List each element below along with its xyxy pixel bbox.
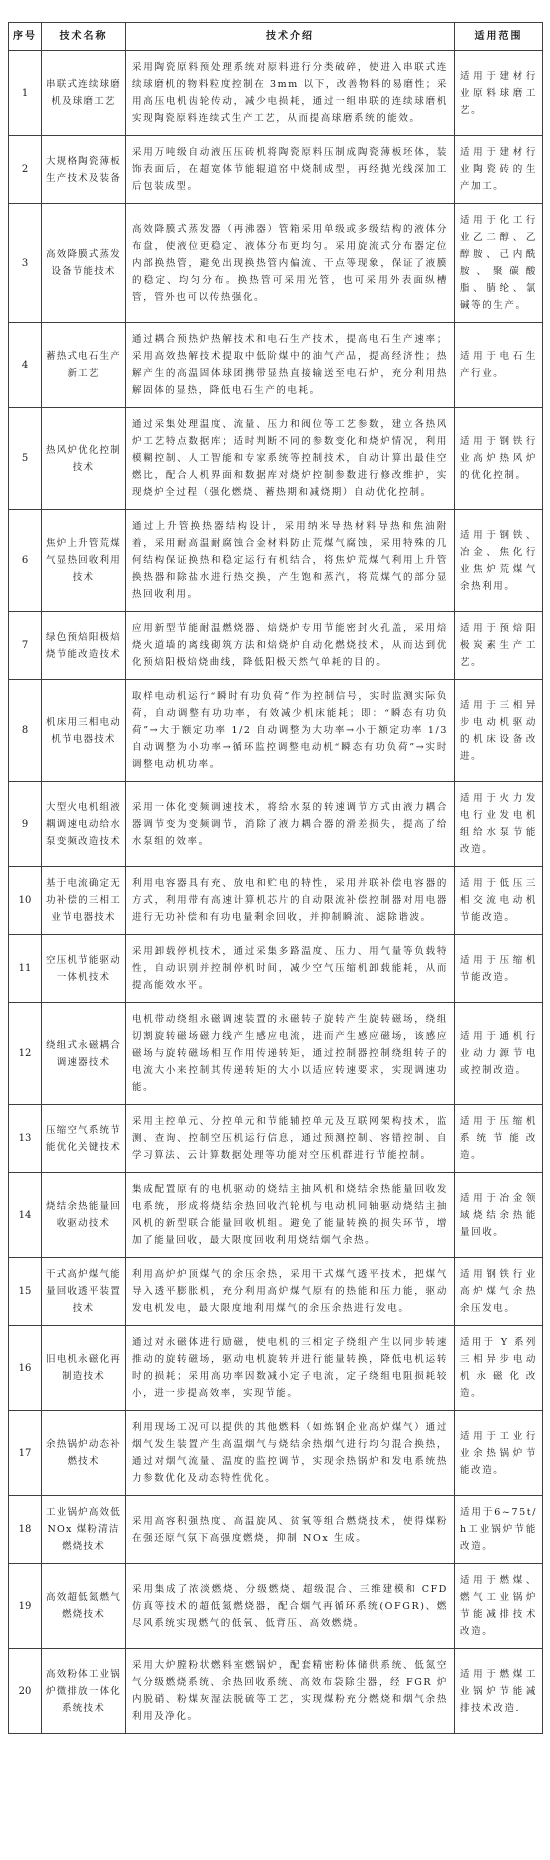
scope-cell: 适用于冶金领域烧结余热能量回收。	[455, 1173, 543, 1258]
serial-cell: 4	[9, 323, 42, 408]
tech-name-cell: 压缩空气系统节能优化关键技术	[42, 1105, 126, 1173]
table-row: 9 大型火电机组液耦调速电动给水泵变频改造技术 采用一体化变频调速技术，将给水泵…	[9, 782, 543, 867]
scope-cell: 适用于化工行业乙二醇、乙醇胺、己内酰胺、聚碳酸脂、腈纶、氯碱等的生产。	[455, 204, 543, 323]
tech-intro-cell: 利用电容器具有充、放电和贮电的特性，采用并联补偿电容器的方式，利用带有高速计算机…	[126, 867, 455, 935]
scope-cell: 适用钢铁行业高炉煤气余热余压发电。	[455, 1258, 543, 1326]
tech-intro-cell: 采用万吨级自动液压压砖机将陶瓷原料压制成陶瓷薄板坯体，装饰表面后，在超宽体节能辊…	[126, 136, 455, 204]
header-tech-intro: 技术介绍	[126, 23, 455, 51]
table-row: 5 热风炉优化控制技术 通过采集处理温度、流量、压力和阀位等工艺参数，建立各热风…	[9, 408, 543, 510]
serial-cell: 9	[9, 782, 42, 867]
tech-intro-cell: 高效降膜式蒸发器（再沸器）管箱采用单级或多级结构的液体分布盘，使液位更稳定、液体…	[126, 204, 455, 323]
technology-table: 序号 技术名称 技术介绍 适用范围 1 串联式连续球磨机及球磨工艺 采用陶瓷原料…	[8, 22, 543, 1734]
table-row: 13 压缩空气系统节能优化关键技术 采用主控单元、分控单元和节能辅控单元及互联网…	[9, 1105, 543, 1173]
tech-name-cell: 大规格陶瓷薄板生产技术及装备	[42, 136, 126, 204]
serial-cell: 17	[9, 1411, 42, 1496]
table-row: 2 大规格陶瓷薄板生产技术及装备 采用万吨级自动液压压砖机将陶瓷原料压制成陶瓷薄…	[9, 136, 543, 204]
tech-intro-cell: 取样电动机运行“瞬时有功负荷”作为控制信号，实时监测实际负荷，自动调整有功功率，…	[126, 680, 455, 782]
header-row: 序号 技术名称 技术介绍 适用范围	[9, 23, 543, 51]
tech-intro-cell: 采用主控单元、分控单元和节能辅控单元及互联网架构技术，监测、查询、控制空压机运行…	[126, 1105, 455, 1173]
table-row: 11 空压机节能驱动一体机技术 采用卸载停机技术，通过采集多路温度、压力、用气量…	[9, 935, 543, 1003]
tech-intro-cell: 通过对永磁体进行励磁，使电机的三相定子绕组产生以同步转速推动的旋转磁场，驱动电机…	[126, 1326, 455, 1411]
scope-cell: 适用于钢铁行业高炉热风炉的优化控制。	[455, 408, 543, 510]
tech-name-cell: 基于电流确定无功补偿的三相工业节电器技术	[42, 867, 126, 935]
scope-cell: 适用于压缩机系统节能改造。	[455, 1105, 543, 1173]
tech-name-cell: 蓄热式电石生产新工艺	[42, 323, 126, 408]
serial-cell: 6	[9, 510, 42, 612]
tech-name-cell: 串联式连续球磨机及球磨工艺	[42, 51, 126, 136]
tech-name-cell: 大型火电机组液耦调速电动给水泵变频改造技术	[42, 782, 126, 867]
scope-cell: 适用于通机行业动力源节电或控制改造。	[455, 1003, 543, 1105]
serial-cell: 10	[9, 867, 42, 935]
serial-cell: 16	[9, 1326, 42, 1411]
scope-cell: 适用于电石生产行业。	[455, 323, 543, 408]
tech-intro-cell: 利用现场工况可以提供的其他燃料（如炼钢企业高炉煤气）通过烟气发生装置产生高温烟气…	[126, 1411, 455, 1496]
tech-intro-cell: 应用新型节能耐温燃烧器、焙烧炉专用节能密封火孔盖，采用焙烧火道墙的离线砌筑方法和…	[126, 612, 455, 680]
scope-cell: 适用于6~75t/h工业锅炉节能改造。	[455, 1496, 543, 1564]
scope-cell: 适用于燃煤工业锅炉节能减排技术改造.	[455, 1649, 543, 1734]
serial-cell: 14	[9, 1173, 42, 1258]
scope-cell: 适用于低压三相交流电动机节能改造。	[455, 867, 543, 935]
serial-cell: 2	[9, 136, 42, 204]
scope-cell: 适用于钢铁、冶金、焦化行业焦炉荒煤气余热利用。	[455, 510, 543, 612]
table-row: 7 绿色预焙阳极焙烧节能改造技术 应用新型节能耐温燃烧器、焙烧炉专用节能密封火孔…	[9, 612, 543, 680]
table-row: 20 高效粉体工业锅炉微排放一体化系统技术 采用大炉膛粉状燃料室燃锅炉，配套精密…	[9, 1649, 543, 1734]
table-row: 8 机床用三相电动机节电器技术 取样电动机运行“瞬时有功负荷”作为控制信号，实时…	[9, 680, 543, 782]
serial-cell: 11	[9, 935, 42, 1003]
table-row: 18 工业锅炉高效低 NOx 煤粉清洁燃烧技术 采用高容积强热度、高温旋风、贫氧…	[9, 1496, 543, 1564]
serial-cell: 5	[9, 408, 42, 510]
serial-cell: 13	[9, 1105, 42, 1173]
scope-cell: 适用于 Y 系列三相异步电动机永磁化改造。	[455, 1326, 543, 1411]
serial-cell: 18	[9, 1496, 42, 1564]
table-row: 19 高效超低氮燃气燃烧技术 采用集成了浓淡燃烧、分级燃烧、超级混合、三维建模和…	[9, 1564, 543, 1649]
table-row: 4 蓄热式电石生产新工艺 通过耦合预热炉热解技术和电石生产技术，提高电石生产速率…	[9, 323, 543, 408]
tech-name-cell: 余热锅炉动态补燃技术	[42, 1411, 126, 1496]
table-row: 3 高效降膜式蒸发设备节能技术 高效降膜式蒸发器（再沸器）管箱采用单级或多级结构…	[9, 204, 543, 323]
scope-cell: 适用于建材行业原料球磨工艺。	[455, 51, 543, 136]
header-serial: 序号	[9, 23, 42, 51]
document-page: 序号 技术名称 技术介绍 适用范围 1 串联式连续球磨机及球磨工艺 采用陶瓷原料…	[0, 0, 550, 1860]
tech-name-cell: 干式高炉煤气能量回收透平装置技术	[42, 1258, 126, 1326]
scope-cell: 适用于建材行业陶瓷砖的生产加工。	[455, 136, 543, 204]
tech-name-cell: 空压机节能驱动一体机技术	[42, 935, 126, 1003]
tech-intro-cell: 采用一体化变频调速技术，将给水泵的转速调节方式由液力耦合器调节变为变频调节，消除…	[126, 782, 455, 867]
scope-cell: 适用于预焙阳极炭素生产工艺。	[455, 612, 543, 680]
serial-cell: 1	[9, 51, 42, 136]
table-row: 1 串联式连续球磨机及球磨工艺 采用陶瓷原料预处理系统对原料进行分类破碎，使进入…	[9, 51, 543, 136]
tech-intro-cell: 通过上升管换热器结构设计，采用纳米导热材料导热和焦油附着，采用耐高温耐腐蚀合金材…	[126, 510, 455, 612]
tech-name-cell: 烧结余热能量回收驱动技术	[42, 1173, 126, 1258]
tech-intro-cell: 电机带动绕组永磁调速装置的永磁转子旋转产生旋转磁场，绕组切割旋转磁场磁力线产生感…	[126, 1003, 455, 1105]
scope-cell: 适用于三相异步电动机驱动的机床设备改进。	[455, 680, 543, 782]
tech-name-cell: 机床用三相电动机节电器技术	[42, 680, 126, 782]
tech-intro-cell: 采用高容积强热度、高温旋风、贫氧等组合燃烧技术，使得煤粉在强还原气氛下高强度燃烧…	[126, 1496, 455, 1564]
tech-name-cell: 绿色预焙阳极焙烧节能改造技术	[42, 612, 126, 680]
table-row: 15 干式高炉煤气能量回收透平装置技术 利用高炉炉顶煤气的余压余热，采用干式煤气…	[9, 1258, 543, 1326]
table-row: 14 烧结余热能量回收驱动技术 集成配置原有的电机驱动的烧结主抽风机和烧结余热能…	[9, 1173, 543, 1258]
tech-name-cell: 热风炉优化控制技术	[42, 408, 126, 510]
tech-name-cell: 工业锅炉高效低 NOx 煤粉清洁燃烧技术	[42, 1496, 126, 1564]
header-scope: 适用范围	[455, 23, 543, 51]
serial-cell: 3	[9, 204, 42, 323]
tech-name-cell: 高效超低氮燃气燃烧技术	[42, 1564, 126, 1649]
serial-cell: 8	[9, 680, 42, 782]
scope-cell: 适用于压缩机节能改造。	[455, 935, 543, 1003]
serial-cell: 7	[9, 612, 42, 680]
serial-cell: 12	[9, 1003, 42, 1105]
tech-intro-cell: 采用陶瓷原料预处理系统对原料进行分类破碎，使进入串联式连续球磨机的物料粒度控制在…	[126, 51, 455, 136]
tech-intro-cell: 采用集成了浓淡燃烧、分级燃烧、超级混合、三维建模和 CFD 仿真等技术的超低氮燃…	[126, 1564, 455, 1649]
tech-name-cell: 旧电机永磁化再制造技术	[42, 1326, 126, 1411]
table-row: 10 基于电流确定无功补偿的三相工业节电器技术 利用电容器具有充、放电和贮电的特…	[9, 867, 543, 935]
tech-intro-cell: 采用大炉膛粉状燃料室燃锅炉，配套精密粉体储供系统、低氮空气分级燃烧系统、余热回收…	[126, 1649, 455, 1734]
serial-cell: 15	[9, 1258, 42, 1326]
tech-intro-cell: 采用卸载停机技术，通过采集多路温度、压力、用气量等负载特性，自动识别并控制停机时…	[126, 935, 455, 1003]
tech-intro-cell: 通过采集处理温度、流量、压力和阀位等工艺参数，建立各热风炉工艺特点数据库；适时判…	[126, 408, 455, 510]
table-row: 12 绕组式永磁耦合调速器技术 电机带动绕组永磁调速装置的永磁转子旋转产生旋转磁…	[9, 1003, 543, 1105]
header-tech-name: 技术名称	[42, 23, 126, 51]
table-header: 序号 技术名称 技术介绍 适用范围	[9, 23, 543, 51]
scope-cell: 适用于火力发电行业发电机组给水泵节能改造。	[455, 782, 543, 867]
table-row: 17 余热锅炉动态补燃技术 利用现场工况可以提供的其他燃料（如炼钢企业高炉煤气）…	[9, 1411, 543, 1496]
tech-name-cell: 焦炉上升管荒煤气显热回收利用技术	[42, 510, 126, 612]
tech-name-cell: 高效降膜式蒸发设备节能技术	[42, 204, 126, 323]
tech-name-cell: 高效粉体工业锅炉微排放一体化系统技术	[42, 1649, 126, 1734]
tech-intro-cell: 利用高炉炉顶煤气的余压余热，采用干式煤气透平技术，把煤气导入透平膨胀机，充分利用…	[126, 1258, 455, 1326]
scope-cell: 适用于燃煤、燃气工业锅炉节能减排技术改造。	[455, 1564, 543, 1649]
scope-cell: 适用于工业行业余热锅炉节能改造。	[455, 1411, 543, 1496]
serial-cell: 19	[9, 1564, 42, 1649]
serial-cell: 20	[9, 1649, 42, 1734]
table-row: 6 焦炉上升管荒煤气显热回收利用技术 通过上升管换热器结构设计，采用纳米导热材料…	[9, 510, 543, 612]
tech-name-cell: 绕组式永磁耦合调速器技术	[42, 1003, 126, 1105]
tech-intro-cell: 通过耦合预热炉热解技术和电石生产技术，提高电石生产速率；采用高效热解技术提取中低…	[126, 323, 455, 408]
table-row: 16 旧电机永磁化再制造技术 通过对永磁体进行励磁，使电机的三相定子绕组产生以同…	[9, 1326, 543, 1411]
tech-intro-cell: 集成配置原有的电机驱动的烧结主抽风机和烧结余热能量回收发电系统，形成将烧结余热回…	[126, 1173, 455, 1258]
table-body: 1 串联式连续球磨机及球磨工艺 采用陶瓷原料预处理系统对原料进行分类破碎，使进入…	[9, 51, 543, 1734]
